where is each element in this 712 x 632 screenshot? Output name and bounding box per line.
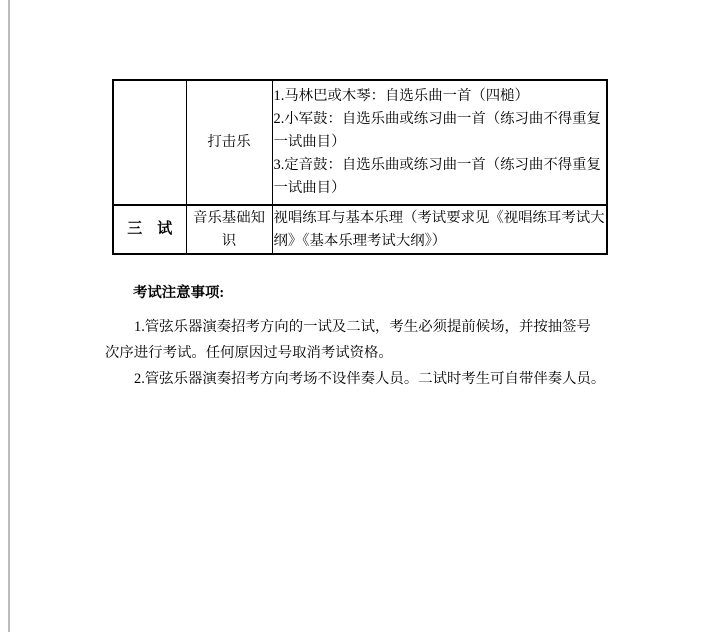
requirement-item: 1.马林巴或木琴：自选乐曲一首（四槌） xyxy=(274,85,606,108)
page-edge-line xyxy=(8,0,10,632)
exam-round-cell xyxy=(113,80,186,205)
category-cell: 音乐基础知识 xyxy=(186,205,272,254)
requirement-item: 3.定音鼓：自选乐曲或练习曲一首（练习曲不得重复 一试曲目） xyxy=(274,154,606,200)
exam-round-cell: 三 试 xyxy=(113,205,186,254)
note-item: 2.管弦乐器演奏招考方向考场不设伴奏人员。二试时考生可自带伴奏人员。 xyxy=(105,366,613,392)
table-row-percussion: 打击乐 1.马林巴或木琴：自选乐曲一首（四槌） 2.小军鼓：自选乐曲或练习曲一首… xyxy=(113,80,607,205)
requirements-cell: 视唱练耳与基本乐理（考试要求见《视唱练耳考试大 纲》《基本乐理考试大纲》） xyxy=(272,205,607,254)
notes-heading: 考试注意事项: xyxy=(105,280,613,306)
exam-notes-section: 考试注意事项: 1.管弦乐器演奏招考方向的一试及二试，考生必须提前候场，并按抽签… xyxy=(105,280,613,392)
requirement-item: 2.小军鼓：自选乐曲或练习曲一首（练习曲不得重复 一试曲目） xyxy=(274,108,606,154)
requirement-item: 视唱练耳与基本乐理（考试要求见《视唱练耳考试大 纲》《基本乐理考试大纲》） xyxy=(274,207,606,253)
note-item: 1.管弦乐器演奏招考方向的一试及二试，考生必须提前候场，并按抽签号 次序进行考试… xyxy=(105,314,613,366)
table-row-third-exam: 三 试 音乐基础知识 视唱练耳与基本乐理（考试要求见《视唱练耳考试大 纲》《基本… xyxy=(113,205,607,254)
category-cell: 打击乐 xyxy=(186,80,272,205)
requirements-cell: 1.马林巴或木琴：自选乐曲一首（四槌） 2.小军鼓：自选乐曲或练习曲一首（练习曲… xyxy=(272,80,607,205)
exam-requirements-table: 打击乐 1.马林巴或木琴：自选乐曲一首（四槌） 2.小军鼓：自选乐曲或练习曲一首… xyxy=(112,79,608,255)
